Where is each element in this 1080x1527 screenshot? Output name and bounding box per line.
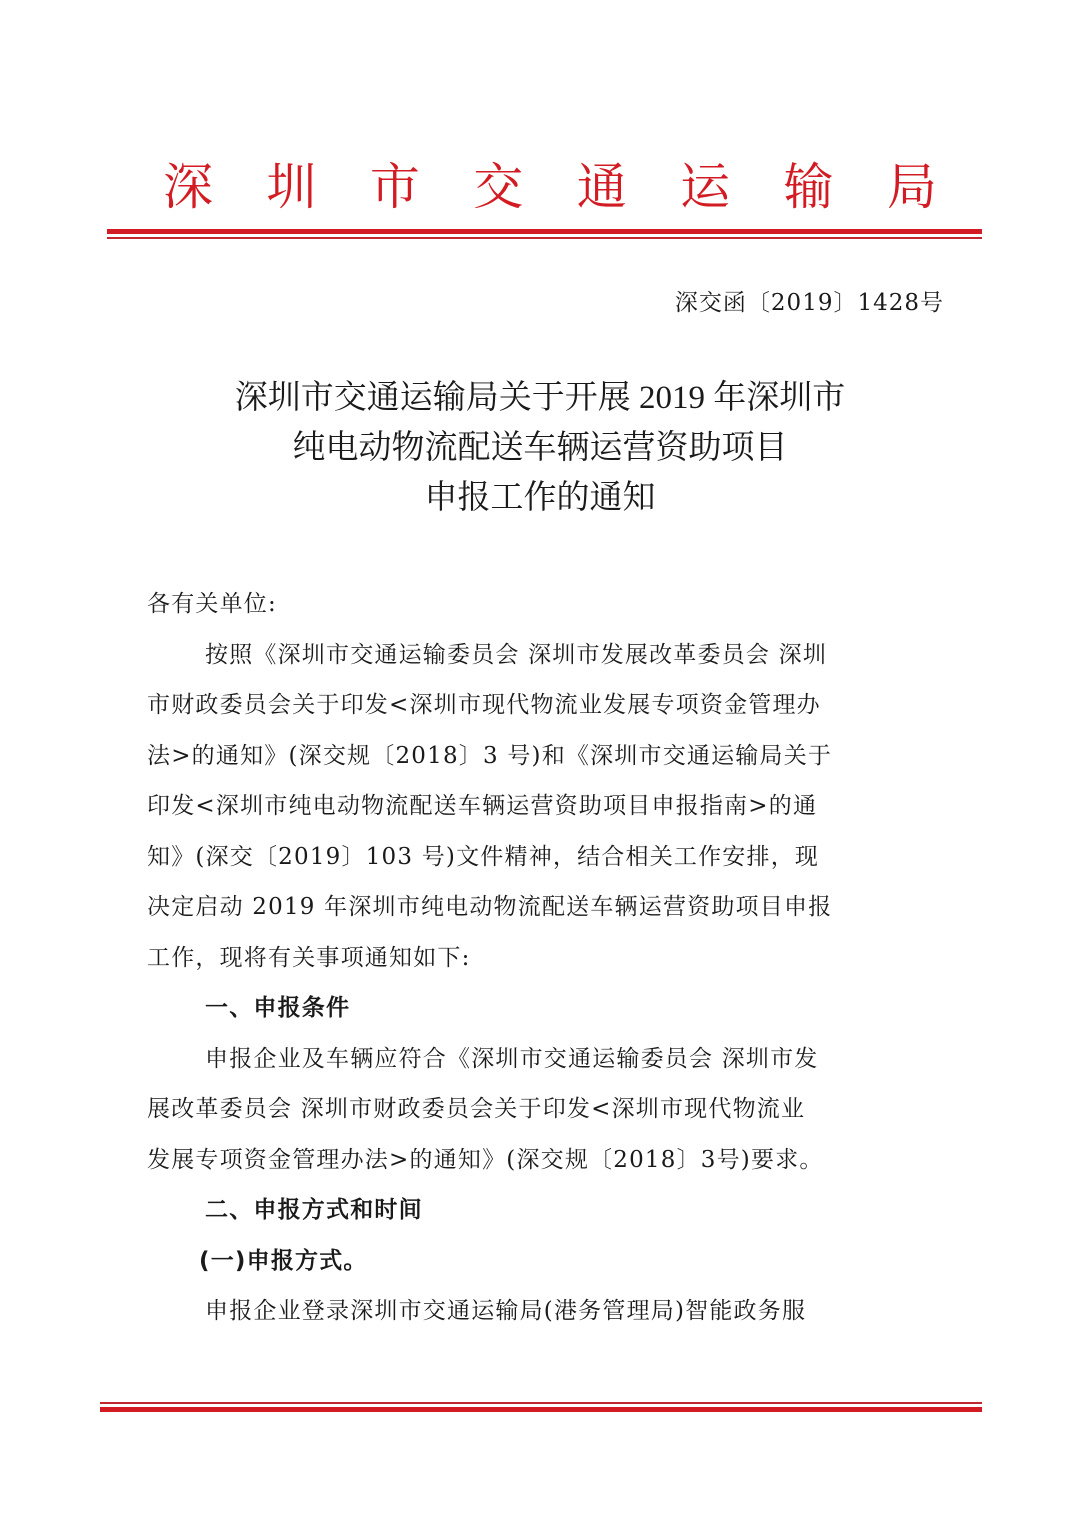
letterhead-org-name: 深 圳 市 交 通 运 输 局 <box>160 152 940 222</box>
document-number: 深交函〔2019〕1428号 <box>675 284 944 317</box>
org-char: 通 <box>574 157 630 217</box>
org-char: 深 <box>160 157 216 217</box>
header-rule-thin <box>107 237 982 239</box>
intro-line: 市财政委员会关于印发<深圳市现代物流业发展专项资金管理办 <box>147 680 947 731</box>
org-char: 圳 <box>263 157 319 217</box>
intro-line: 知》(深交〔2019〕103 号)文件精神，结合相关工作安排，现 <box>147 832 947 883</box>
intro-line: 印发<深圳市纯电动物流配送车辆运营资助项目申报指南>的通 <box>147 781 947 832</box>
section-heading-method-time: 二、申报方式和时间 <box>147 1185 947 1236</box>
section-line: 展改革委员会 深圳市财政委员会关于印发<深圳市现代物流业 <box>147 1084 947 1135</box>
section-line: 申报企业及车辆应符合《深圳市交通运输委员会 深圳市发 <box>147 1034 947 1085</box>
title-line: 申报工作的通知 <box>100 473 980 523</box>
header-rule-thick <box>107 229 982 234</box>
section-heading-conditions: 一、申报条件 <box>147 983 947 1034</box>
section-line: 申报企业登录深圳市交通运输局(港务管理局)智能政务服 <box>147 1286 947 1337</box>
org-char: 市 <box>367 157 423 217</box>
org-char: 局 <box>884 157 940 217</box>
intro-line: 法>的通知》(深交规〔2018〕3 号)和《深圳市交通运输局关于 <box>147 731 947 782</box>
intro-line: 决定启动 2019 年深圳市纯电动物流配送车辆运营资助项目申报 <box>147 882 947 933</box>
title-line: 纯电动物流配送车辆运营资助项目 <box>100 423 980 473</box>
salutation: 各有关单位: <box>147 579 947 630</box>
org-char: 输 <box>781 157 837 217</box>
intro-line: 工作，现将有关事项通知如下: <box>147 933 947 984</box>
footer-rule-thick <box>100 1407 982 1412</box>
subsection-heading-method: (一)申报方式。 <box>147 1236 947 1287</box>
intro-line: 按照《深圳市交通运输委员会 深圳市发展改革委员会 深圳 <box>147 630 947 681</box>
document-body: 各有关单位: 按照《深圳市交通运输委员会 深圳市发展改革委员会 深圳 市财政委员… <box>147 579 947 1337</box>
footer-rule-thin <box>100 1402 982 1404</box>
section-line: 发展专项资金管理办法>的通知》(深交规〔2018〕3号)要求。 <box>147 1135 947 1186</box>
org-char: 交 <box>470 157 526 217</box>
org-char: 运 <box>677 157 733 217</box>
title-line: 深圳市交通运输局关于开展 2019 年深圳市 <box>100 373 980 423</box>
document-title: 深圳市交通运输局关于开展 2019 年深圳市 纯电动物流配送车辆运营资助项目 申… <box>100 373 980 523</box>
